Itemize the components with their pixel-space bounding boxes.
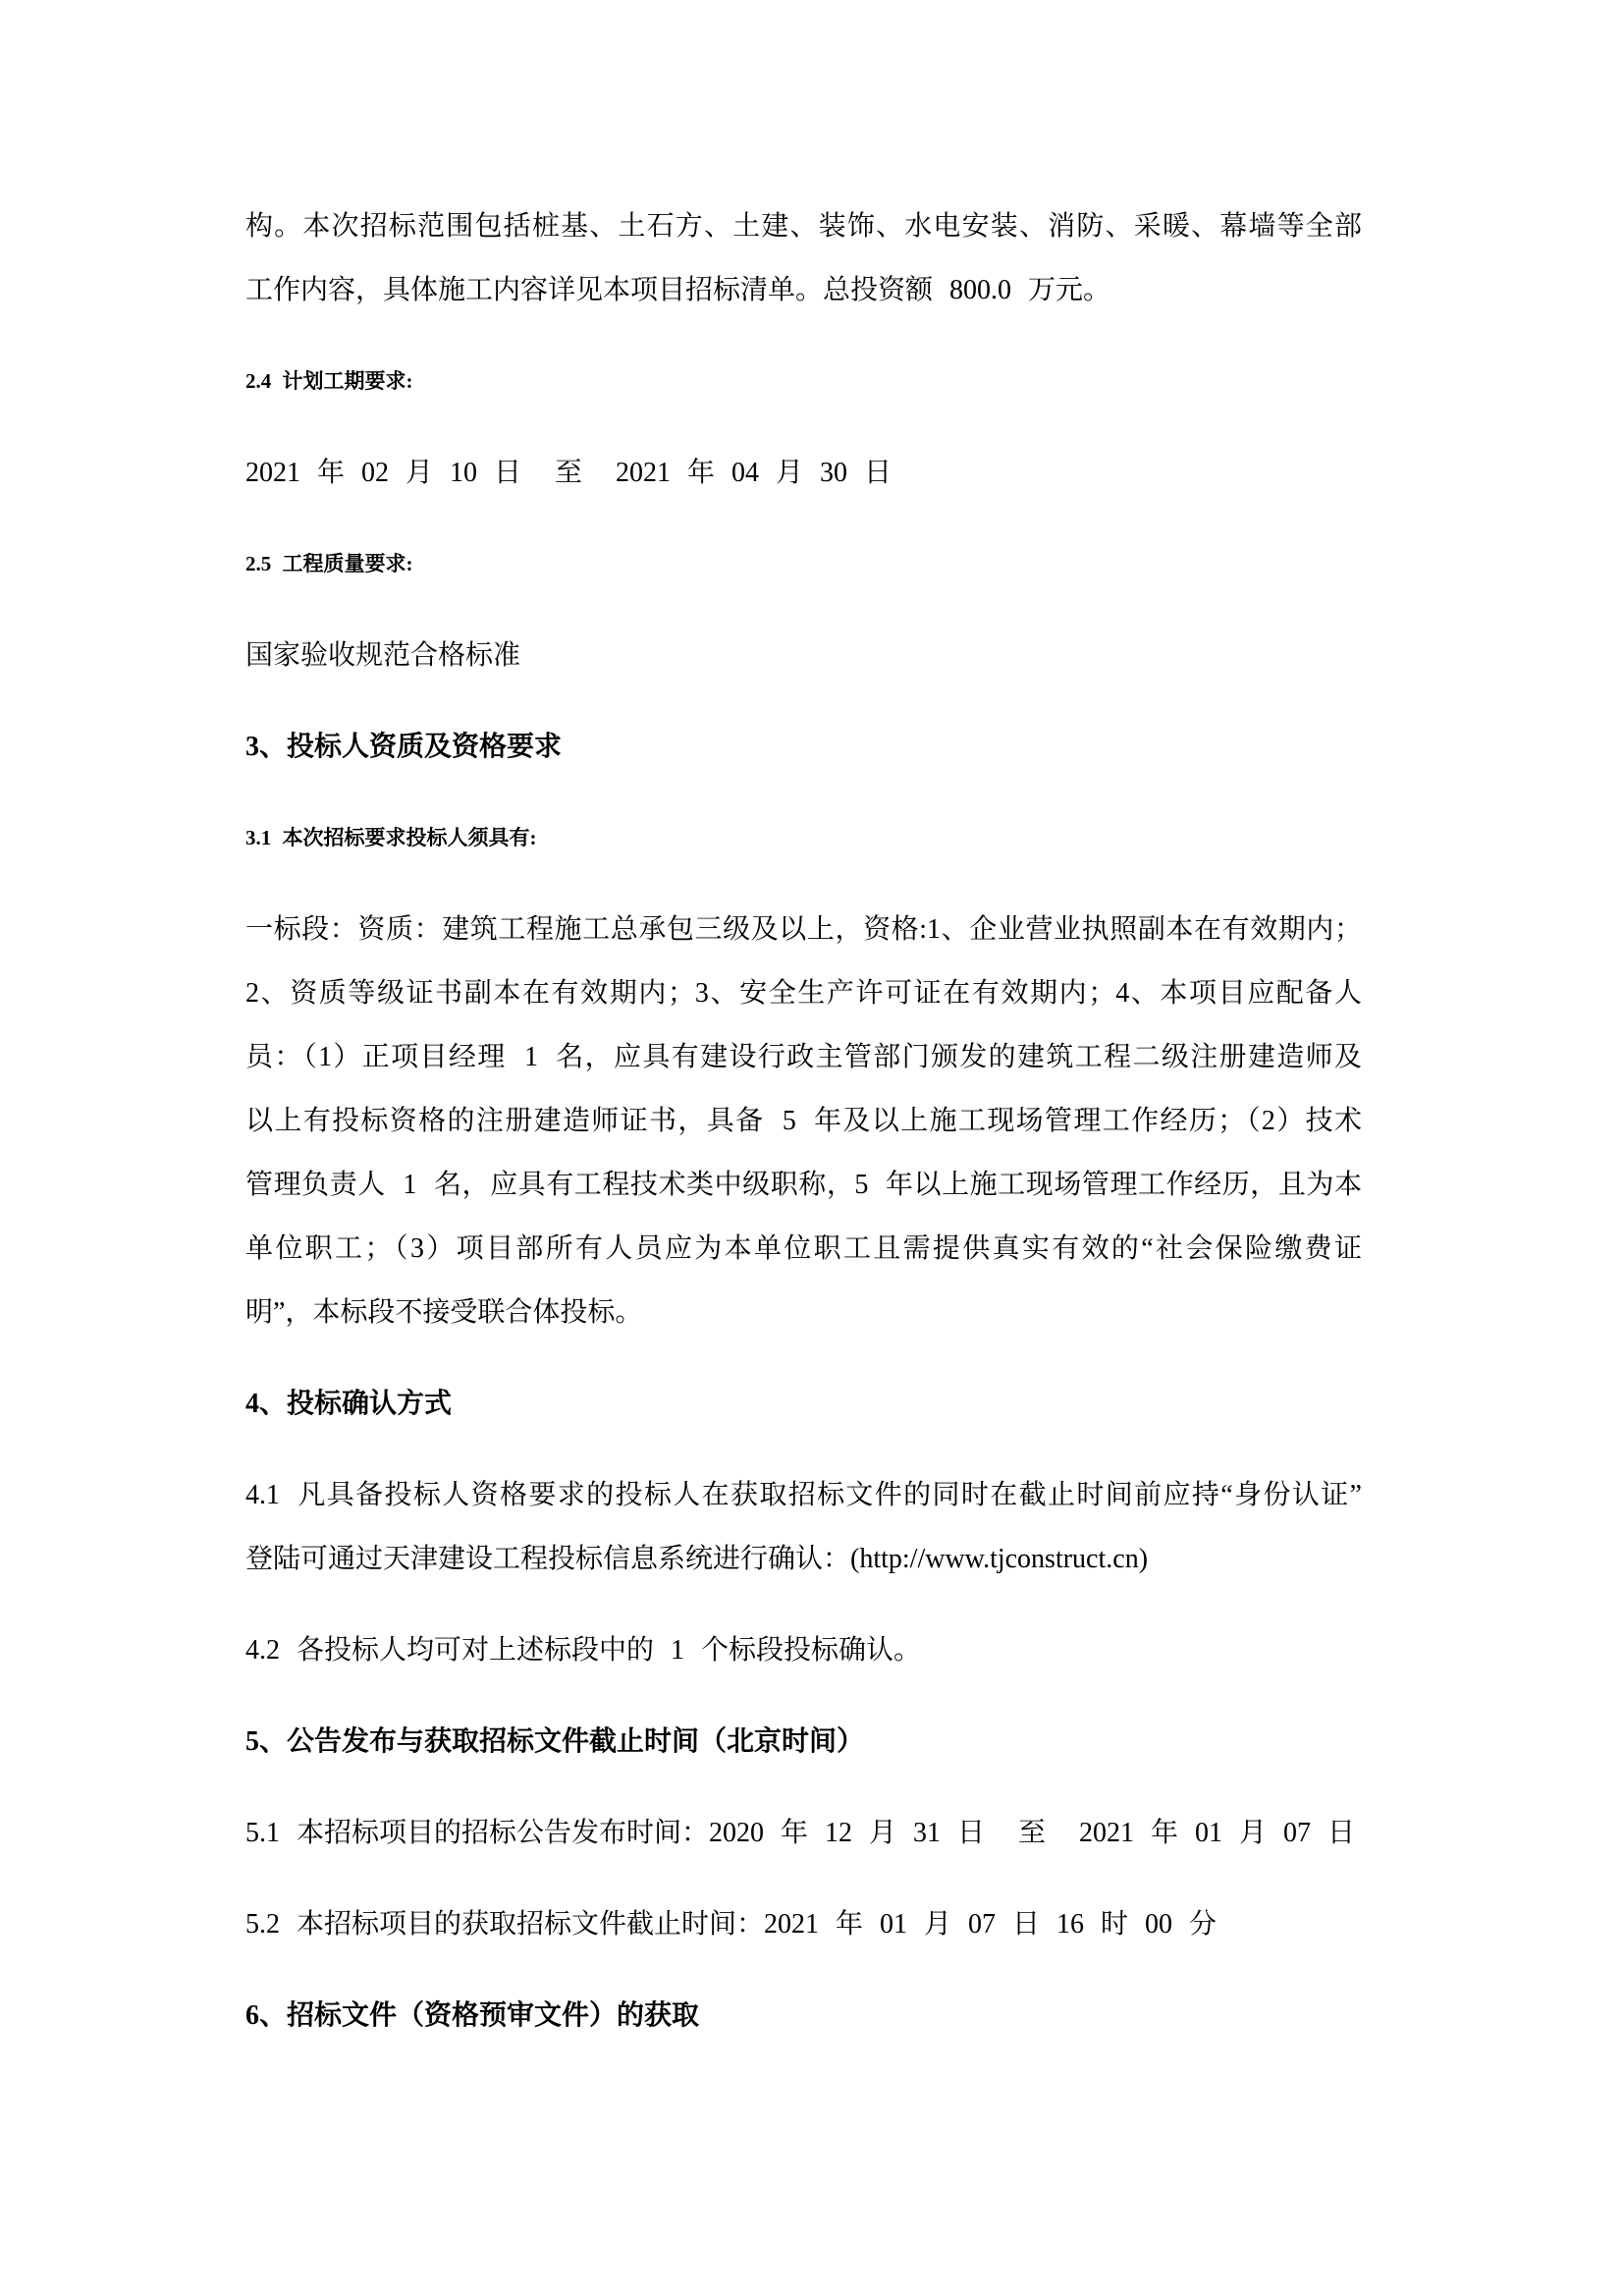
heading-3-1-bidder-requirements: 3.1 本次招标要求投标人须具有: [245,806,1362,870]
heading-5-announcement-and-deadline: 5、公告发布与获取招标文件截止时间（北京时间） [245,1710,1362,1774]
text-line: 3.1 本次招标要求投标人须具有: [245,806,1362,870]
text-line: 4、投标确认方式 [245,1372,1362,1436]
text-line: 5、公告发布与获取招标文件截止时间（北京时间） [245,1710,1362,1774]
text-line: 管理负责人 1 名，应具有工程技术类中级职称，5 年以上施工现场管理工作经历，且… [245,1153,1362,1217]
text-line: 2.4 计划工期要求: [245,350,1362,413]
document-body: 构。本次招标范围包括桩基、土石方、土建、装饰、水电安装、消防、采暖、幕墙等全部工… [245,194,1362,2075]
text-line: 员：（1）正项目经理 1 名，应具有建设行政主管部门颁发的建筑工程二级注册建造师… [245,1025,1362,1089]
para-quality-standard: 国家验收规范合格标准 [245,624,1362,687]
text-line: 6、招标文件（资格预审文件）的获取 [245,1984,1362,2048]
para-duration-dates: 2021 年 02 月 10 日 至 2021 年 04 月 30 日 [245,441,1362,505]
text-line: 单位职工；（3）项目部所有人员应为本单位职工且需提供真实有效的“社会保险缴费证 [245,1217,1362,1281]
heading-2-5-quality-requirement: 2.5 工程质量要求: [245,532,1362,596]
text-line: 国家验收规范合格标准 [245,624,1362,687]
text-line: 2021 年 02 月 10 日 至 2021 年 04 月 30 日 [245,441,1362,505]
heading-2-4-planned-duration: 2.4 计划工期要求: [245,350,1362,413]
text-line: 3、投标人资质及资格要求 [245,715,1362,779]
text-line: 登陆可通过天津建设工程投标信息系统进行确认：(http://www.tjcons… [245,1527,1362,1591]
para-tender-scope: 构。本次招标范围包括桩基、土石方、土建、装饰、水电安装、消防、采暖、幕墙等全部工… [245,194,1362,322]
para-4-1-confirmation-method: 4.1 凡具备投标人资格要求的投标人在获取招标文件的同时在截止时间前应持“身份认… [245,1463,1362,1591]
heading-3-bidder-qualification: 3、投标人资质及资格要求 [245,715,1362,779]
text-line: 2.5 工程质量要求: [245,532,1362,596]
text-line: 4.1 凡具备投标人资格要求的投标人在获取招标文件的同时在截止时间前应持“身份认… [245,1463,1362,1527]
text-line: 一标段：资质：建筑工程施工总承包三级及以上，资格:1、企业营业执照副本在有效期内… [245,898,1362,961]
text-line: 以上有投标资格的注册建造师证书，具备 5 年及以上施工现场管理工作经历；（2）技… [245,1089,1362,1153]
heading-4-bid-confirmation: 4、投标确认方式 [245,1372,1362,1436]
para-5-2-document-deadline: 5.2 本招标项目的获取招标文件截止时间：2021 年 01 月 07 日 16… [245,1892,1362,1956]
text-line: 4.2 各投标人均可对上述标段中的 1 个标段投标确认。 [245,1618,1362,1682]
para-4-2-one-section-limit: 4.2 各投标人均可对上述标段中的 1 个标段投标确认。 [245,1618,1362,1682]
para-qualification-details: 一标段：资质：建筑工程施工总承包三级及以上，资格:1、企业营业执照副本在有效期内… [245,898,1362,1344]
text-line: 工作内容，具体施工内容详见本项目招标清单。总投资额 800.0 万元。 [245,258,1362,322]
text-line: 2、资质等级证书副本在有效期内；3、安全生产许可证在有效期内；4、本项目应配备人 [245,961,1362,1025]
text-line: 5.2 本招标项目的获取招标文件截止时间：2021 年 01 月 07 日 16… [245,1892,1362,1956]
para-5-1-announcement-period: 5.1 本招标项目的招标公告发布时间：2020 年 12 月 31 日 至 20… [245,1801,1362,1865]
text-line: 明”，本标段不接受联合体投标。 [245,1281,1362,1344]
text-line: 构。本次招标范围包括桩基、土石方、土建、装饰、水电安装、消防、采暖、幕墙等全部 [245,194,1362,258]
text-line: 5.1 本招标项目的招标公告发布时间：2020 年 12 月 31 日 至 20… [245,1801,1362,1865]
heading-6-document-acquisition: 6、招标文件（资格预审文件）的获取 [245,1984,1362,2048]
